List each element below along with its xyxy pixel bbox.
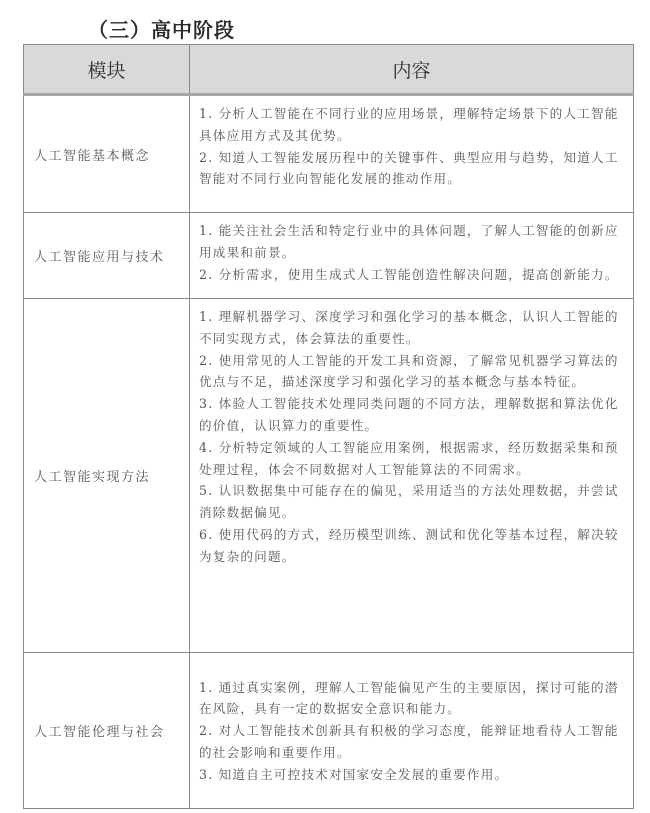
content-item: 6. 使用代码的方式，经历模型训练、测试和优化等基本过程，解决较为复杂的问题。 <box>199 524 627 568</box>
content-item: 1. 通过真实案例，理解人工智能偏见产生的主要原因，探讨可能的潜在风险，具有一定… <box>199 677 627 721</box>
content-cell: 1. 理解机器学习、深度学习和强化学习的基本概念，认识人工智能的不同实现方式，体… <box>190 299 634 653</box>
table-row: 人工智能实现方法 1. 理解机器学习、深度学习和强化学习的基本概念，认识人工智能… <box>24 299 634 653</box>
module-cell: 人工智能伦理与社会 <box>24 653 190 809</box>
content-cell: 1. 能关注社会生活和特定行业中的具体问题，了解人工智能的创新应用成果和前景。 … <box>190 213 634 299</box>
header-row: 模块 内容 <box>24 45 634 95</box>
content-item: 5. 认识数据集中可能存在的偏见，采用适当的方法处理数据，并尝试消除数据偏见。 <box>199 480 627 524</box>
content-item: 4. 分析特定领域的人工智能应用案例，根据需求，经历数据采集和预处理过程，体会不… <box>199 437 627 481</box>
header-content: 内容 <box>190 45 634 95</box>
content-item: 1. 能关注社会生活和特定行业中的具体问题，了解人工智能的创新应用成果和前景。 <box>199 220 627 264</box>
content-cell: 1. 分析人工智能在不同行业的应用场景，理解特定场景下的人工智能具体应用方式及其… <box>190 95 634 213</box>
content-item: 2. 知道人工智能发展历程中的关键事件、典型应用与趋势，知道人工智能对不同行业向… <box>199 147 627 191</box>
table-row: 人工智能伦理与社会 1. 通过真实案例，理解人工智能偏见产生的主要原因，探讨可能… <box>24 653 634 809</box>
content-item: 1. 理解机器学习、深度学习和强化学习的基本概念，认识人工智能的不同实现方式，体… <box>199 306 627 350</box>
module-cell: 人工智能应用与技术 <box>24 213 190 299</box>
content-item: 1. 分析人工智能在不同行业的应用场景，理解特定场景下的人工智能具体应用方式及其… <box>199 103 627 147</box>
module-cell: 人工智能实现方法 <box>24 299 190 653</box>
module-cell: 人工智能基本概念 <box>24 95 190 213</box>
content-item: 2. 分析需求，使用生成式人工智能创造性解决问题，提高创新能力。 <box>199 264 627 286</box>
content-cell: 1. 通过真实案例，理解人工智能偏见产生的主要原因，探讨可能的潜在风险，具有一定… <box>190 653 634 809</box>
section-title: （三）高中阶段 <box>88 14 235 43</box>
header-module: 模块 <box>24 45 190 95</box>
content-item: 3. 体验人工智能技术处理同类问题的不同方法，理解数据和算法优化的价值，认识算力… <box>199 393 627 437</box>
content-item: 2. 对人工智能技术创新具有积极的学习态度，能辩证地看待人工智能的社会影响和重要… <box>199 720 627 764</box>
table-row: 人工智能基本概念 1. 分析人工智能在不同行业的应用场景，理解特定场景下的人工智… <box>24 95 634 213</box>
content-item: 3. 知道自主可控技术对国家安全发展的重要作用。 <box>199 764 627 786</box>
content-item: 2. 使用常见的人工智能的开发工具和资源，了解常见机器学习算法的优点与不足，描述… <box>199 350 627 394</box>
table-row: 人工智能应用与技术 1. 能关注社会生活和特定行业中的具体问题，了解人工智能的创… <box>24 213 634 299</box>
curriculum-table: 模块 内容 人工智能基本概念 1. 分析人工智能在不同行业的应用场景，理解特定场… <box>23 44 634 809</box>
